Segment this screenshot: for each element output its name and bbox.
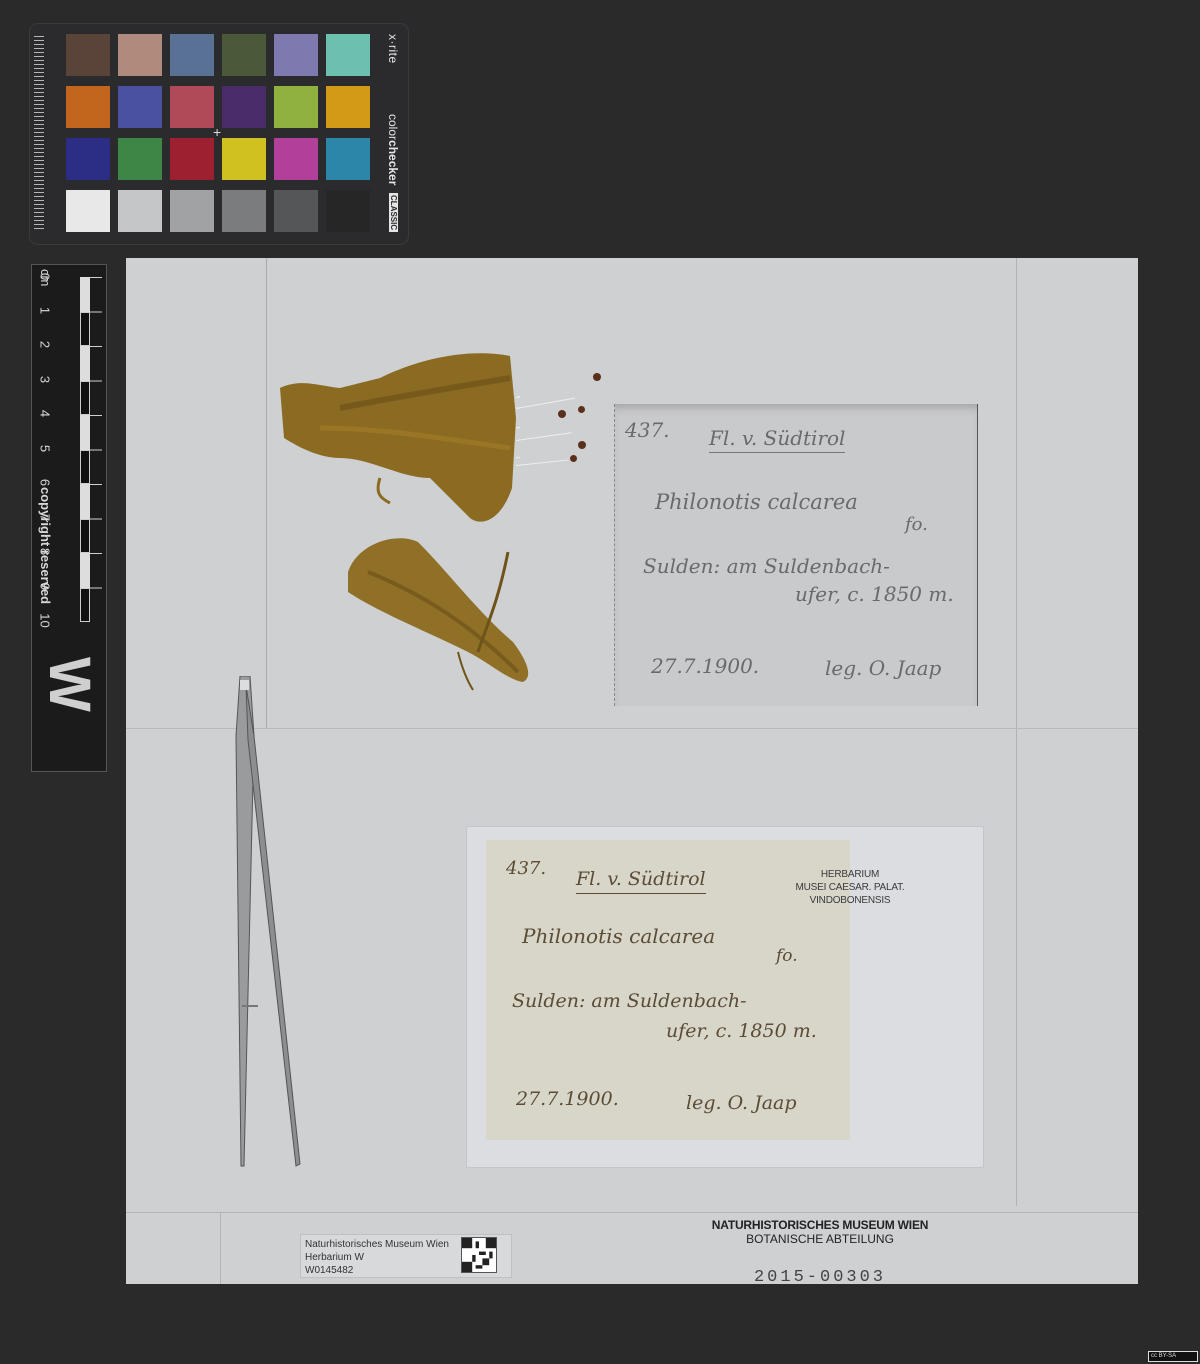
barcode-institution: Naturhistorisches Museum Wien: [305, 1238, 449, 1251]
label-date: 27.7.1900.: [651, 654, 759, 678]
scale-bar-blocks: [80, 277, 90, 622]
color-swatch: [222, 190, 266, 232]
color-swatch: [66, 34, 110, 76]
label-region: Fl. v. Südtirol: [576, 868, 706, 894]
moss-capsule: [558, 410, 566, 418]
label-date: 27.7.1900.: [516, 1088, 619, 1110]
moss-specimen-large: [280, 348, 520, 528]
sheet-fold-line: [266, 258, 267, 728]
color-swatch: [274, 34, 318, 76]
sheet-fold-line: [220, 1212, 221, 1284]
scale-bar: cm 0 1 2 3 4 5 6 7 8 9 10 copyright rese…: [31, 264, 107, 772]
scale-number: 1: [38, 303, 53, 319]
moss-capsule: [570, 455, 577, 462]
color-swatch: [274, 190, 318, 232]
crosshair-icon: +: [213, 124, 221, 140]
barcode-id: W0145482: [305, 1264, 353, 1277]
color-swatch: [170, 86, 214, 128]
moss-capsule: [578, 406, 585, 413]
color-swatch: [118, 190, 162, 232]
museum-department: BOTANISCHE ABTEILUNG: [660, 1232, 980, 1246]
label-form: fo.: [776, 946, 798, 966]
color-swatch: [326, 34, 370, 76]
label-locality-cont: ufer, c. 1850 m.: [795, 582, 954, 606]
label-number: 437.: [625, 418, 670, 442]
herbarium-stamp: HERBARIUM MUSEI CAESAR. PALAT. VINDOBONE…: [790, 868, 910, 907]
color-swatch: [326, 86, 370, 128]
label-species: Philonotis calcarea: [655, 490, 858, 514]
color-swatch: [222, 138, 266, 180]
xrite-logo: x·rite: [386, 34, 400, 64]
color-swatch: [274, 138, 318, 180]
label-number: 437.: [506, 858, 546, 879]
label-species: Philonotis calcarea: [522, 924, 715, 948]
museum-name: NATURHISTORISCHES MUSEUM WIEN: [660, 1218, 980, 1232]
label-collector: leg. O. Jaap: [825, 656, 941, 680]
tweezers: [234, 676, 304, 1170]
color-swatch: [66, 86, 110, 128]
scale-number: 2: [38, 337, 53, 353]
color-swatch: [222, 34, 266, 76]
scale-number: 10: [38, 613, 53, 629]
sheet-fold-line: [126, 1212, 1138, 1213]
accession-number: 2015-00303: [660, 1268, 980, 1287]
copyright-notice: copyright reserved: [38, 487, 53, 604]
barcode-label: Naturhistorisches Museum Wien Herbarium …: [300, 1234, 512, 1278]
color-swatch: [118, 34, 162, 76]
color-swatch: [326, 190, 370, 232]
checker-ruler: [34, 36, 44, 232]
photocopy-label: 437. Fl. v. Südtirol Philonotis calcarea…: [614, 404, 978, 706]
label-locality-cont: ufer, c. 1850 m.: [666, 1020, 817, 1042]
scale-number: 0: [38, 269, 53, 285]
color-swatch: [222, 86, 266, 128]
barcode-herbarium: Herbarium W: [305, 1251, 364, 1264]
color-swatch: [170, 190, 214, 232]
color-swatch: [66, 190, 110, 232]
cc-license-badge: cc BY-SA: [1148, 1351, 1198, 1362]
qr-code-icon: [461, 1237, 497, 1273]
scale-number: 5: [38, 441, 53, 457]
scale-number: 4: [38, 406, 53, 422]
color-swatch: [326, 138, 370, 180]
color-swatch: [170, 138, 214, 180]
color-swatch: [66, 138, 110, 180]
label-locality: Sulden: am Suldenbach-: [643, 554, 890, 578]
label-collector: leg. O. Jaap: [686, 1092, 797, 1114]
label-region: Fl. v. Südtirol: [709, 426, 845, 453]
color-swatch: [118, 86, 162, 128]
color-swatch: [170, 34, 214, 76]
label-form: fo.: [905, 514, 928, 535]
scale-ticks: [90, 277, 102, 622]
classic-badge: CLASSIC: [389, 193, 398, 232]
scale-number: 3: [38, 372, 53, 388]
colorchecker-wordmark: colorchecker CLASSIC: [386, 114, 400, 232]
color-swatch: [274, 86, 318, 128]
herbarium-w-logo: W: [36, 657, 102, 712]
moss-specimen-small: [338, 512, 538, 692]
label-locality: Sulden: am Suldenbach-: [512, 990, 747, 1012]
color-checker-card: + x·rite colorchecker CLASSIC: [30, 24, 408, 244]
moss-capsule: [593, 373, 601, 381]
color-swatch: [118, 138, 162, 180]
moss-capsule: [578, 441, 586, 449]
sheet-fold-line: [1016, 258, 1017, 1206]
museum-stamp: NATURHISTORISCHES MUSEUM WIEN BOTANISCHE…: [660, 1218, 980, 1287]
